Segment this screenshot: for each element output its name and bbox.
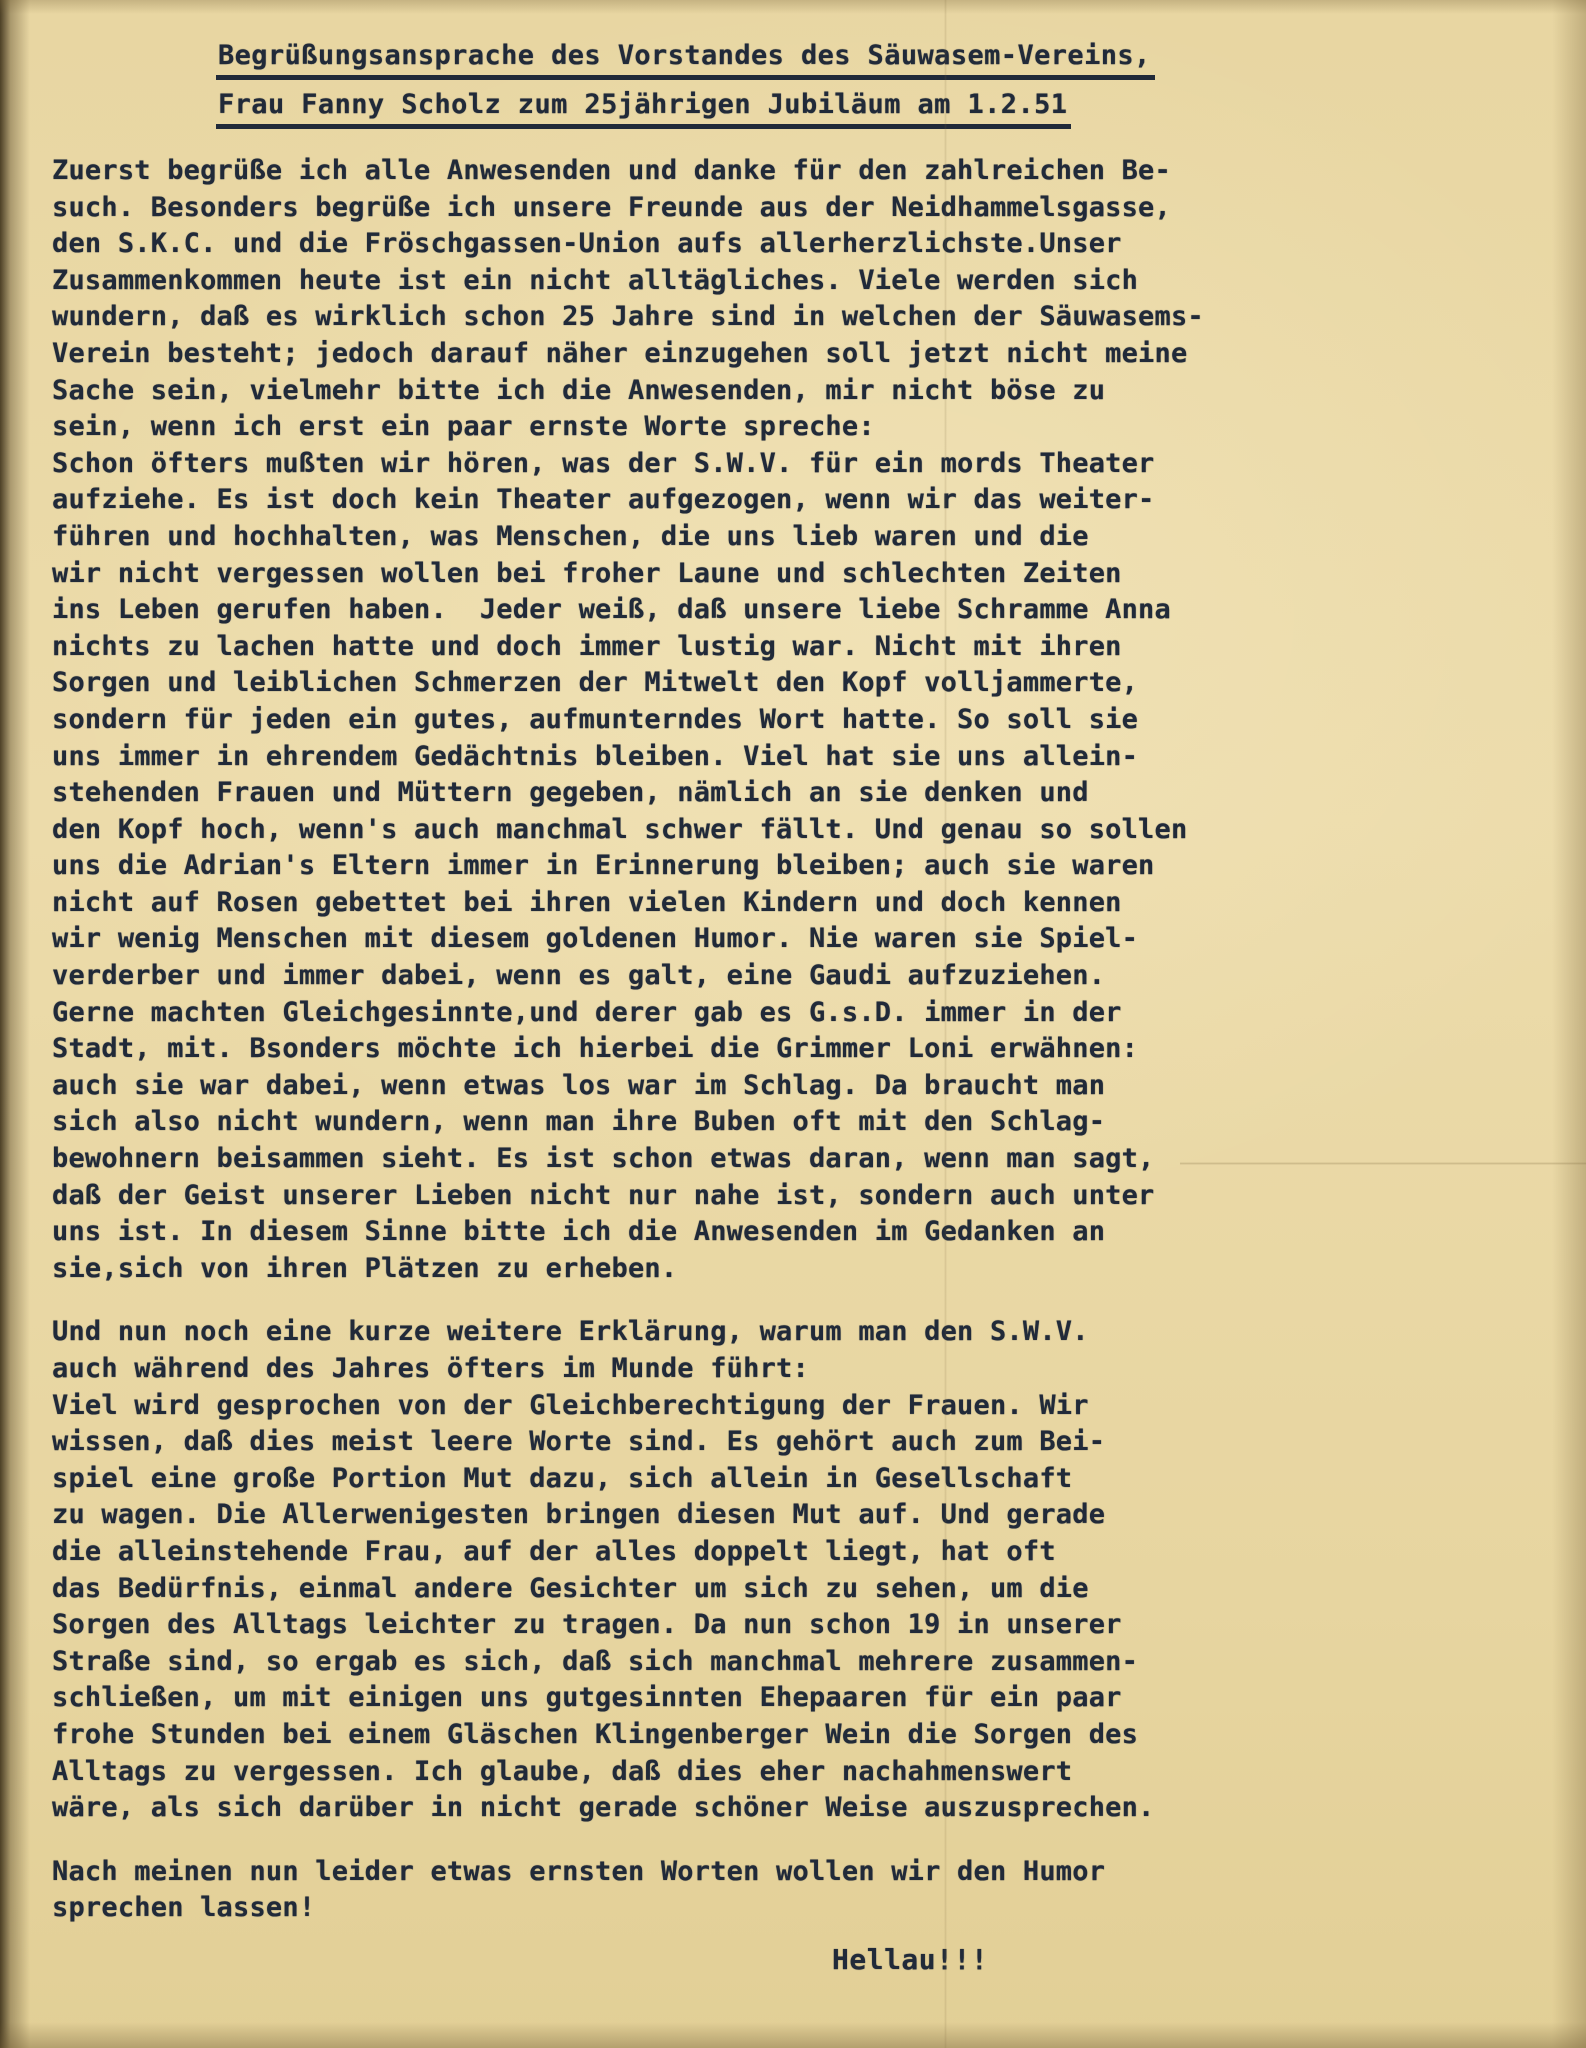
document-page: Begrüßungsansprache des Vorstandes des S…: [0, 0, 1586, 2048]
text-line: uns die Adrian's Eltern immer in Erinner…: [52, 848, 1586, 885]
text-line: sondern für jeden ein gutes, aufmunternd…: [52, 702, 1586, 739]
document-body: Zuerst begrüße ich alle Anwesenden und d…: [52, 153, 1586, 1927]
text-line: bewohnern beisammen sieht. Es ist schon …: [52, 1141, 1586, 1178]
closing-salutation: Hellau!!!: [832, 1943, 1586, 1976]
text-line: schließen, um mit einigen uns gutgesinnt…: [52, 1680, 1586, 1717]
text-line: führen und hochhalten, was Menschen, die…: [52, 519, 1586, 556]
text-line: das Bedürfnis, einmal andere Gesichter u…: [52, 1571, 1586, 1608]
text-line: Zusammenkommen heute ist ein nicht alltä…: [52, 263, 1586, 300]
text-line: Nach meinen nun leider etwas ernsten Wor…: [52, 1854, 1586, 1891]
text-line: spiel eine große Portion Mut dazu, sich …: [52, 1461, 1586, 1498]
text-line: die alleinstehende Frau, auf der alles d…: [52, 1534, 1586, 1571]
document-title: Begrüßungsansprache des Vorstandes des S…: [216, 40, 1586, 129]
text-line: frohe Stunden bei einem Gläschen Klingen…: [52, 1717, 1586, 1754]
text-line: sie,sich von ihren Plätzen zu erheben.: [52, 1251, 1586, 1288]
text-line: Und nun noch eine kurze weitere Erklärun…: [52, 1314, 1586, 1351]
text-line: den S.K.C. und die Fröschgassen-Union au…: [52, 226, 1586, 263]
text-line: nicht auf Rosen gebettet bei ihren viele…: [52, 885, 1586, 922]
text-line: verderber und immer dabei, wenn es galt,…: [52, 958, 1586, 995]
text-line: wir nicht vergessen wollen bei froher La…: [52, 556, 1586, 593]
text-line: wissen, daß dies meist leere Worte sind.…: [52, 1424, 1586, 1461]
text-line: stehenden Frauen und Müttern gegeben, nä…: [52, 775, 1586, 812]
text-line: Viel wird gesprochen von der Gleichberec…: [52, 1388, 1586, 1425]
text-line: wir wenig Menschen mit diesem goldenen H…: [52, 921, 1586, 958]
text-line: such. Besonders begrüße ich unsere Freun…: [52, 190, 1586, 227]
text-line: Verein besteht; jedoch darauf näher einz…: [52, 336, 1586, 373]
text-line: aufziehe. Es ist doch kein Theater aufge…: [52, 482, 1586, 519]
text-line: Zuerst begrüße ich alle Anwesenden und d…: [52, 153, 1586, 190]
text-line: Schon öfters mußten wir hören, was der S…: [52, 446, 1586, 483]
text-line: ins Leben gerufen haben. Jeder weiß, daß…: [52, 592, 1586, 629]
title-line-1: Begrüßungsansprache des Vorstandes des S…: [216, 40, 1155, 80]
paragraph-conclusion: Nach meinen nun leider etwas ernsten Wor…: [52, 1854, 1586, 1927]
text-line: sein, wenn ich erst ein paar ernste Wort…: [52, 409, 1586, 446]
text-line: Sorgen und leiblichen Schmerzen der Mitw…: [52, 665, 1586, 702]
text-line: Alltags zu vergessen. Ich glaube, daß di…: [52, 1754, 1586, 1791]
text-line: Gerne machten Gleichgesinnte,und derer g…: [52, 995, 1586, 1032]
text-line: Sorgen des Alltags leichter zu tragen. D…: [52, 1607, 1586, 1644]
text-line: nichts zu lachen hatte und doch immer lu…: [52, 629, 1586, 666]
text-line: auch sie war dabei, wenn etwas los war i…: [52, 1068, 1586, 1105]
text-line: auch während des Jahres öfters im Munde …: [52, 1351, 1586, 1388]
text-line: wäre, als sich darüber in nicht gerade s…: [52, 1790, 1586, 1827]
paragraph-greeting: Zuerst begrüße ich alle Anwesenden und d…: [52, 153, 1586, 1287]
text-line: Stadt, mit. Bsonders möchte ich hierbei …: [52, 1031, 1586, 1068]
text-line: wundern, daß es wirklich schon 25 Jahre …: [52, 299, 1586, 336]
text-line: Sache sein, vielmehr bitte ich die Anwes…: [52, 373, 1586, 410]
title-line-2: Frau Fanny Scholz zum 25jährigen Jubiläu…: [216, 89, 1071, 129]
paper-edge-shadow-left: [0, 0, 30, 2048]
text-line: Straße sind, so ergab es sich, daß sich …: [52, 1644, 1586, 1681]
paragraph-explanation: Und nun noch eine kurze weitere Erklärun…: [52, 1314, 1586, 1826]
paper-edge-shadow-top: [0, 0, 1586, 14]
text-line: sich also nicht wundern, wenn man ihre B…: [52, 1104, 1586, 1141]
text-line: den Kopf hoch, wenn's auch manchmal schw…: [52, 812, 1586, 849]
text-line: daß der Geist unserer Lieben nicht nur n…: [52, 1178, 1586, 1215]
paper-edge-shadow-bottom: [0, 2022, 1586, 2048]
text-line: uns ist. In diesem Sinne bitte ich die A…: [52, 1214, 1586, 1251]
text-line: sprechen lassen!: [52, 1890, 1586, 1927]
text-line: uns immer in ehrendem Gedächtnis bleiben…: [52, 739, 1586, 776]
text-line: zu wagen. Die Allerwenigesten bringen di…: [52, 1497, 1586, 1534]
